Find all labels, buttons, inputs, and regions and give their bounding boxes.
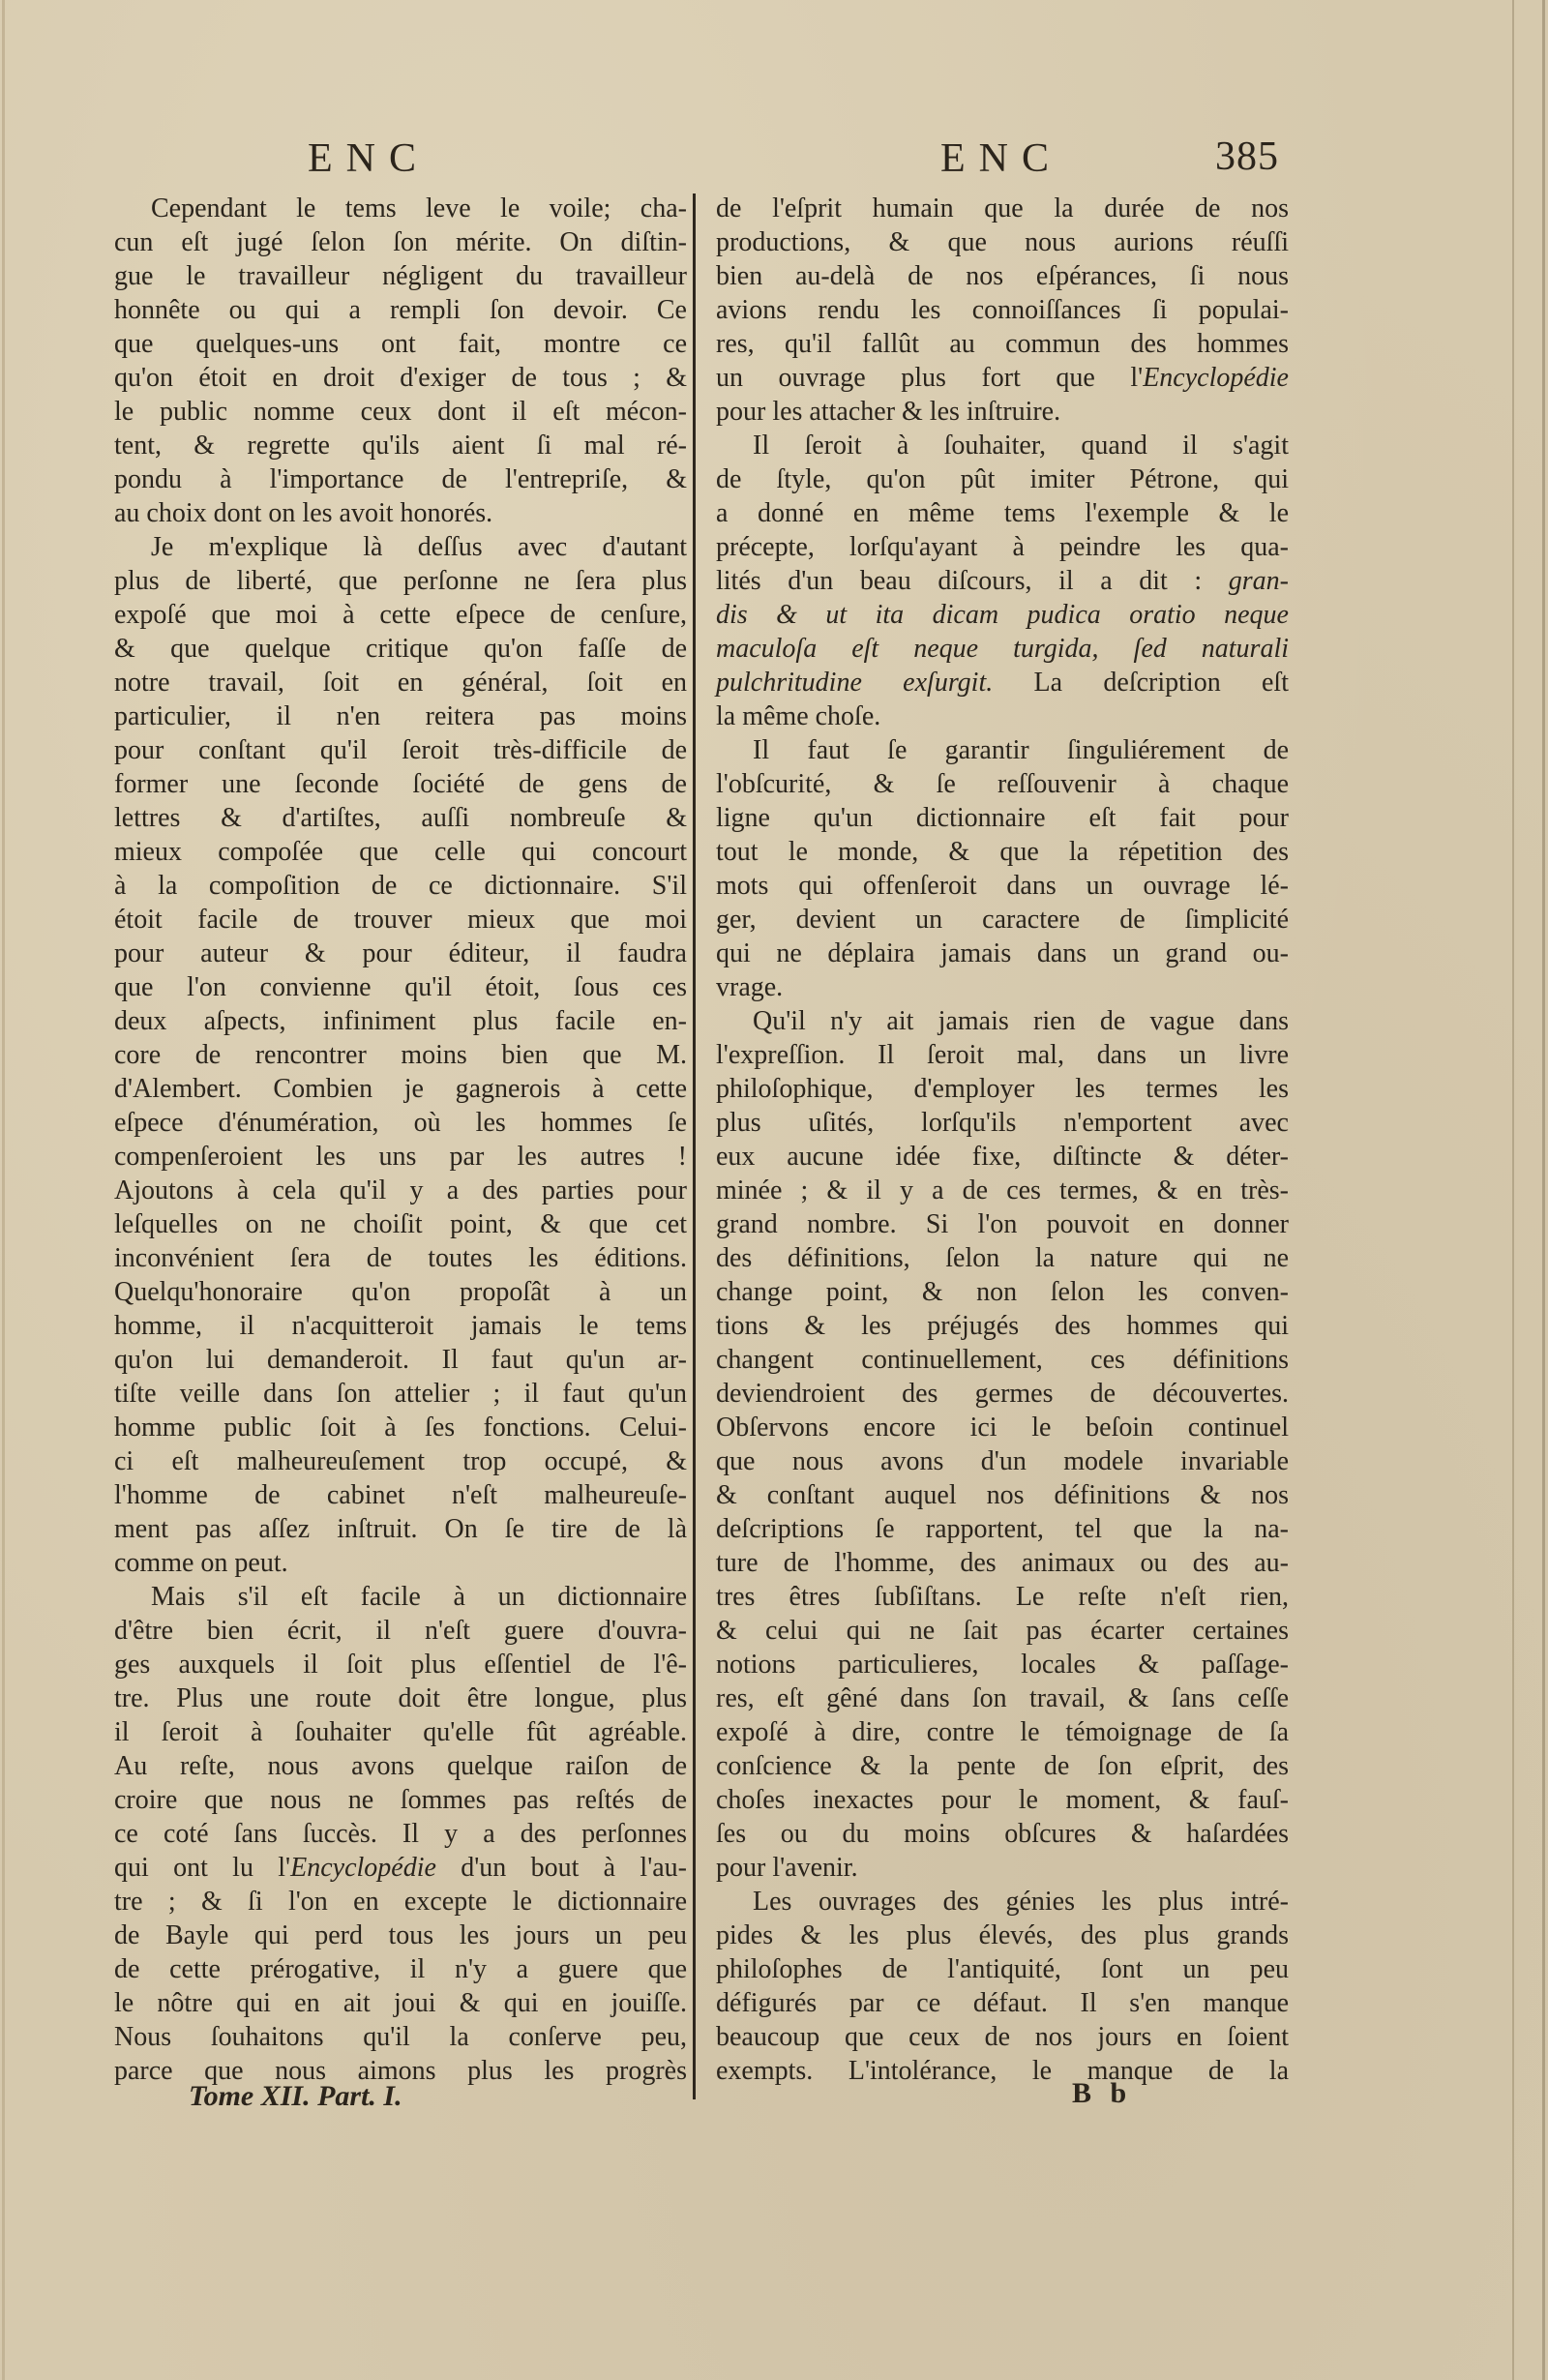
text-line: Cependant le tems leve le voile; cha- — [114, 192, 687, 225]
text-line: ges auxquels il ſoit plus eſſentiel de l… — [114, 1648, 687, 1681]
text-line: res, eſt gêné dans ſon travail, & ſans c… — [716, 1681, 1289, 1715]
text-line: notions particulieres, locales & paſſage… — [716, 1648, 1289, 1681]
text-line: pour conſtant qu'il ſeroit très-difficil… — [114, 733, 687, 767]
text-line: de Bayle qui perd tous les jours un peu — [114, 1919, 687, 1952]
text-line: à la compoſition de ce dictionnaire. S'i… — [114, 869, 687, 903]
text-line: ligne qu'un dictionnaire eſt fait pour — [716, 801, 1289, 835]
text-line: pondu à l'importance de l'entrepriſe, & — [114, 462, 687, 496]
text-line: Qu'il n'y ait jamais rien de vague dans — [716, 1004, 1289, 1038]
text-line: core de rencontrer moins bien que M. — [114, 1038, 687, 1072]
text-line: Les ouvrages des génies les plus intré- — [716, 1885, 1289, 1919]
left-column: Cependant le tems leve le voile; cha-cun… — [114, 192, 687, 2088]
text-line: choſes inexactes pour le moment, & fauſ- — [716, 1783, 1289, 1817]
text-line: le public nomme ceux dont il eſt mécon- — [114, 395, 687, 429]
running-head-left: ENC — [308, 135, 430, 182]
text-line: particulier, il n'en reitera pas moins — [114, 699, 687, 733]
page-left-edge — [2, 0, 5, 2380]
text-line: un ouvrage plus fort que l'Encyclopédie — [716, 361, 1289, 395]
text-line: Mais s'il eſt facile à un dictionnaire — [114, 1580, 687, 1614]
text-line: plus uſités, lorſqu'ils n'emportent avec — [716, 1106, 1289, 1140]
text-line: qu'on étoit en droit d'exiger de tous ; … — [114, 361, 687, 395]
text-line: tout le monde, & que la répetition des — [716, 835, 1289, 869]
text-line: qui ne déplaira jamais dans un grand ou- — [716, 937, 1289, 970]
text-line: grand nombre. Si l'on pouvoit en donner — [716, 1207, 1289, 1241]
column-divider-rule — [693, 193, 696, 2099]
text-line: expoſé que moi à cette eſpece de cenſure… — [114, 598, 687, 632]
text-line: mots qui offenſeroit dans un ouvrage lé- — [716, 869, 1289, 903]
text-line: Je m'explique là deſſus avec d'autant — [114, 530, 687, 564]
text-line: vrage. — [716, 970, 1289, 1004]
running-head-right: ENC — [940, 135, 1062, 182]
volume-signature: Tome XII. Part. I. — [189, 2080, 402, 2113]
text-line: deux aſpects, infiniment plus facile en- — [114, 1004, 687, 1038]
text-line: que quelques-uns ont fait, montre ce — [114, 327, 687, 361]
text-line: expoſé à dire, contre le témoignage de ſ… — [716, 1715, 1289, 1749]
text-line: Il ſeroit à ſouhaiter, quand il s'agit — [716, 429, 1289, 462]
text-line: ger, devient un caractere de ſimplicité — [716, 903, 1289, 937]
text-line: exempts. L'intolérance, le manque de la — [716, 2054, 1289, 2088]
text-line: inconvénient ſera de toutes les éditions… — [114, 1241, 687, 1275]
text-line: d'être bien écrit, il n'eſt guere d'ouvr… — [114, 1614, 687, 1648]
text-line: étoit facile de trouver mieux que moi — [114, 903, 687, 937]
text-line: comme on peut. — [114, 1546, 687, 1580]
text-line: l'obſcurité, & ſe reſſouvenir à chaque — [716, 767, 1289, 801]
page-right-edge-line — [1512, 0, 1514, 2380]
text-line: qui ont lu l'Encyclopédie d'un bout à l'… — [114, 1851, 687, 1885]
text-line: que nous avons d'un modele invariable — [716, 1444, 1289, 1478]
text-line: lités d'un beau diſcours, il a dit : gra… — [716, 564, 1289, 598]
text-line: la même choſe. — [716, 699, 1289, 733]
text-line: former une ſeconde ſociété de gens de — [114, 767, 687, 801]
text-line: tre. Plus une route doit être longue, pl… — [114, 1681, 687, 1715]
text-line: l'homme de cabinet n'eſt malheureuſe- — [114, 1478, 687, 1512]
text-line: beaucoup que ceux de nos jours en ſoient — [716, 2020, 1289, 2054]
text-line: tions & les préjugés des hommes qui — [716, 1309, 1289, 1343]
text-line: res, qu'il fallût au commun des hommes — [716, 327, 1289, 361]
text-line: tent, & regrette qu'ils aient ſi mal ré- — [114, 429, 687, 462]
text-line: maculoſa eſt neque turgida, ſed naturali — [716, 632, 1289, 666]
text-line: pour l'avenir. — [716, 1851, 1289, 1885]
text-line: avions rendu les connoiſſances ſi popula… — [716, 293, 1289, 327]
text-line: au choix dont on les avoit honorés. — [114, 496, 687, 530]
text-line: de ſtyle, qu'on pût imiter Pétrone, qui — [716, 462, 1289, 496]
text-line: qu'on lui demanderoit. Il faut qu'un ar- — [114, 1343, 687, 1377]
text-line: mieux compoſée que celle qui concourt — [114, 835, 687, 869]
text-line: pulchritudine exſurgit. La deſcription e… — [716, 666, 1289, 699]
text-line: minée ; & il y a de ces termes, & en trè… — [716, 1174, 1289, 1207]
text-line: Obſervons encore ici le beſoin continuel — [716, 1411, 1289, 1444]
text-line: conſcience & la pente de ſon eſprit, des — [716, 1749, 1289, 1783]
text-line: honnête ou qui a rempli ſon devoir. Ce — [114, 293, 687, 327]
text-line: pour auteur & pour éditeur, il faudra — [114, 937, 687, 970]
text-line: Au reſte, nous avons quelque raiſon de — [114, 1749, 687, 1783]
text-line: productions, & que nous aurions réuſſi — [716, 225, 1289, 259]
text-line: précepte, lorſqu'ayant à peindre les qua… — [716, 530, 1289, 564]
right-column: de l'eſprit humain que la durée de nospr… — [716, 192, 1289, 2088]
text-line: a donné en même tems l'exemple & le — [716, 496, 1289, 530]
text-line: compenſeroient les uns par les autres ! — [114, 1140, 687, 1174]
text-line: Ajoutons à cela qu'il y a des parties po… — [114, 1174, 687, 1207]
text-line: philoſophique, d'employer les termes les — [716, 1072, 1289, 1106]
text-line: homme public ſoit à ſes fonctions. Celui… — [114, 1411, 687, 1444]
text-line: Quelqu'honoraire qu'on propoſât à un — [114, 1275, 687, 1309]
text-line: eux aucune idée fixe, diſtincte & déter- — [716, 1140, 1289, 1174]
text-line: défigurés par ce défaut. Il s'en manque — [716, 1986, 1289, 2020]
text-line: deſcriptions ſe rapportent, tel que la n… — [716, 1512, 1289, 1546]
text-line: des définitions, ſelon la nature qui ne — [716, 1241, 1289, 1275]
text-line: ſes ou du moins obſcures & haſardées — [716, 1817, 1289, 1851]
text-line: & celui qui ne ſait pas écarter certaine… — [716, 1614, 1289, 1648]
text-line: philoſophes de l'antiquité, ſont un peu — [716, 1952, 1289, 1986]
text-line: ci eſt malheureuſement trop occupé, & — [114, 1444, 687, 1478]
page-right-edge-border — [1542, 0, 1545, 2380]
text-line: ment pas aſſez inſtruit. On ſe tire de l… — [114, 1512, 687, 1546]
text-line: & que quelque critique qu'on faſſe de — [114, 632, 687, 666]
text-line: l'expreſſion. Il ſeroit mal, dans un liv… — [716, 1038, 1289, 1072]
text-line: lettres & d'artiſtes, auſſi nombreuſe & — [114, 801, 687, 835]
text-line: tiſte veille dans ſon attelier ; il faut… — [114, 1377, 687, 1411]
text-line: & conſtant auquel nos définitions & nos — [716, 1478, 1289, 1512]
text-line: cun eſt jugé ſelon ſon mérite. On diſtin… — [114, 225, 687, 259]
text-line: pides & les plus élevés, des plus grands — [716, 1919, 1289, 1952]
text-line: Il faut ſe garantir ſinguliérement de — [716, 733, 1289, 767]
text-line: il ſeroit à ſouhaiter qu'elle fût agréab… — [114, 1715, 687, 1749]
text-line: change point, & non ſelon les conven- — [716, 1275, 1289, 1309]
text-line: de l'eſprit humain que la durée de nos — [716, 192, 1289, 225]
text-line: leſquelles on ne choiſit point, & que ce… — [114, 1207, 687, 1241]
text-line: Nous ſouhaitons qu'il la conſerve peu, — [114, 2020, 687, 2054]
sheet-signature: B b — [1072, 2077, 1132, 2110]
text-line: tres êtres ſubſiſtans. Le reſte n'eſt ri… — [716, 1580, 1289, 1614]
text-line: eſpece d'énumération, où les hommes ſe — [114, 1106, 687, 1140]
text-line: que l'on convienne qu'il étoit, ſous ces — [114, 970, 687, 1004]
text-line: d'Alembert. Combien je gagnerois à cette — [114, 1072, 687, 1106]
text-line: ce coté ſans ſuccès. Il y a des perſonne… — [114, 1817, 687, 1851]
text-line: tre ; & ſi l'on en excepte le dictionnai… — [114, 1885, 687, 1919]
text-line: deviendroient des germes de découvertes. — [716, 1377, 1289, 1411]
text-line: homme, il n'acquitteroit jamais le tems — [114, 1309, 687, 1343]
text-line: bien au-delà de nos eſpérances, ſi nous — [716, 259, 1289, 293]
text-line: dis & ut ita dicam pudica oratio neque — [716, 598, 1289, 632]
text-line: gue le travailleur négligent du travaill… — [114, 259, 687, 293]
text-line: croire que nous ne ſommes pas reſtés de — [114, 1783, 687, 1817]
text-line: notre travail, ſoit en général, ſoit en — [114, 666, 687, 699]
text-line: de cette prérogative, il n'y a guere que — [114, 1952, 687, 1986]
text-line: plus de liberté, que perſonne ne ſera pl… — [114, 564, 687, 598]
text-line: le nôtre qui en ait joui & qui en jouiſſ… — [114, 1986, 687, 2020]
text-line: pour les attacher & les inſtruire. — [716, 395, 1289, 429]
text-line: ture de l'homme, des animaux ou des au- — [716, 1546, 1289, 1580]
text-line: changent continuellement, ces définition… — [716, 1343, 1289, 1377]
page-number: 385 — [1215, 134, 1279, 180]
